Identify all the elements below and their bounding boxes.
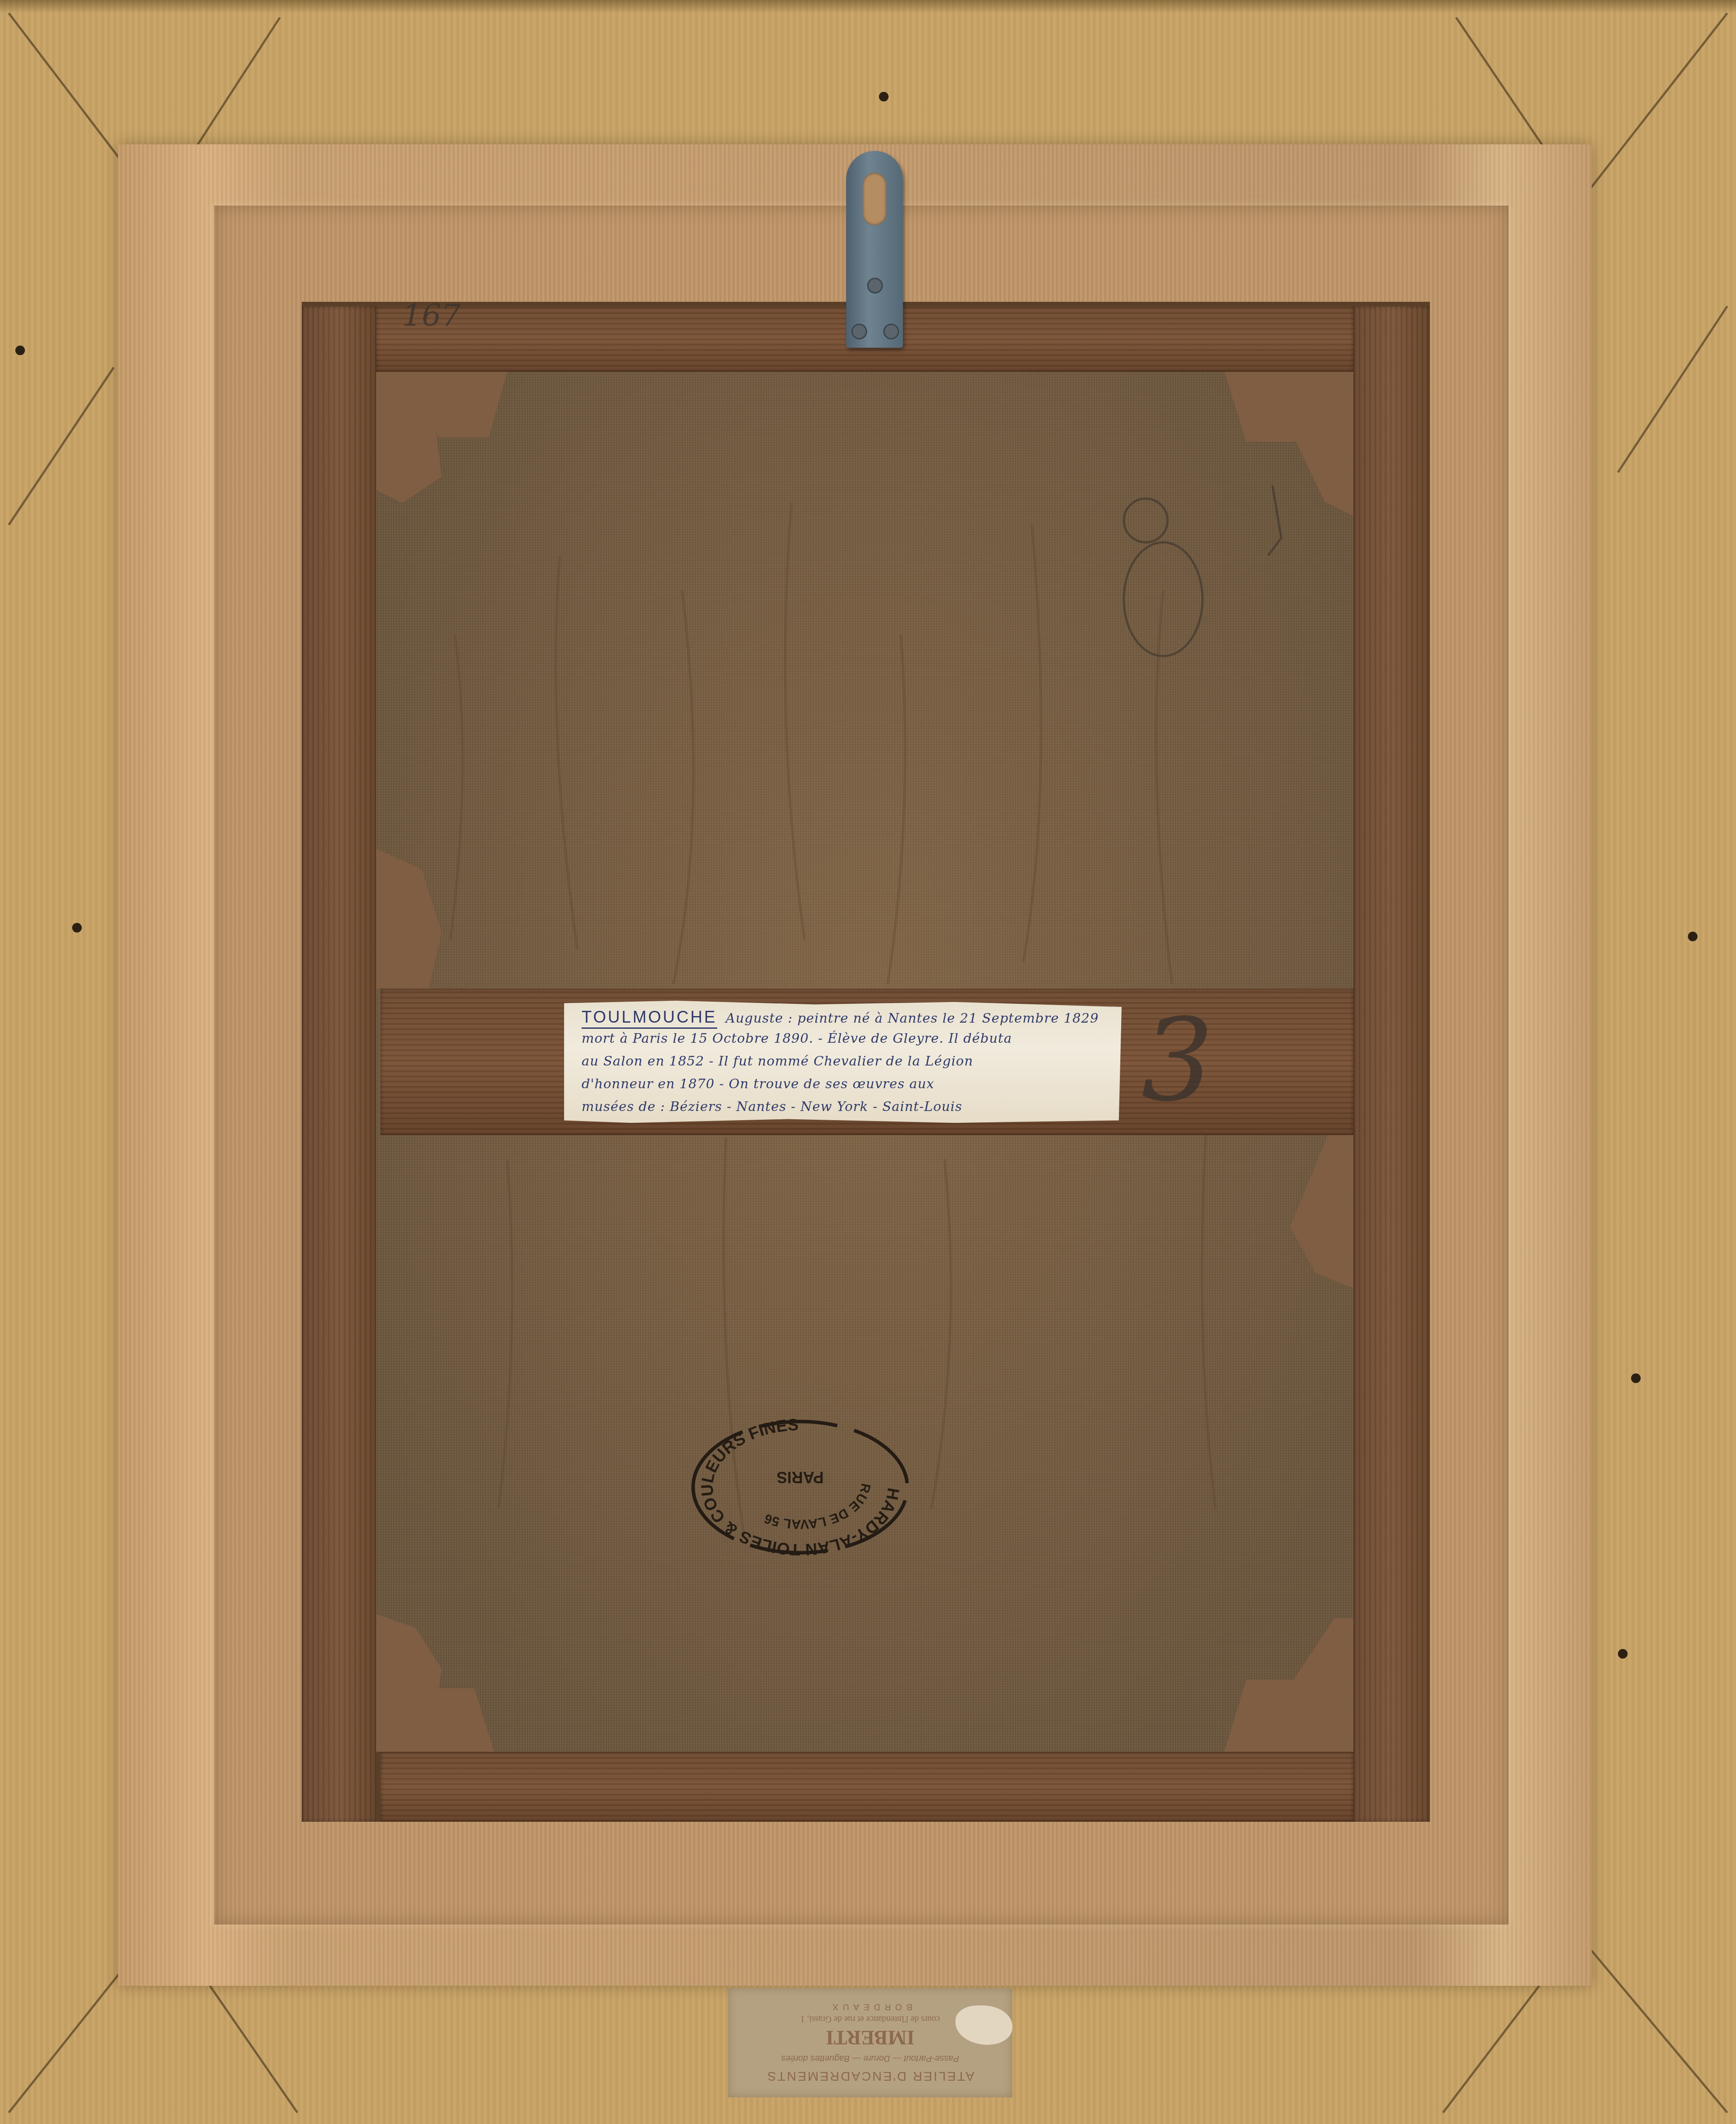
- screw-icon: [867, 278, 883, 293]
- stamp-oval-icon: HARDY-ALAN TOILES & COULEURS FINES RUE D…: [687, 1415, 914, 1559]
- artist-name: TOULMOUCHE: [582, 1008, 717, 1029]
- hanging-bracket: [846, 151, 903, 348]
- nail-hole: [1618, 1649, 1628, 1659]
- colourman-ink-stamp: HARDY-ALAN TOILES & COULEURS FINES RUE D…: [687, 1415, 914, 1559]
- label-line-3: au Salon en 1852 - Il fut nommé Chevalie…: [582, 1054, 973, 1069]
- stretcher-bottom-bar: [380, 1752, 1353, 1822]
- framer-label: ATELIER D'ENCADREMENTS Passe-Partout — D…: [728, 1988, 1012, 2097]
- nail-hole: [72, 923, 82, 933]
- screw-icon: [883, 324, 899, 339]
- svg-text:RUE DE LAVAL 56: RUE DE LAVAL 56: [763, 1482, 873, 1532]
- nail-hole: [1631, 1373, 1641, 1383]
- label-line-4: d'honneur en 1870 - On trouve de ses œuv…: [582, 1076, 934, 1092]
- stretcher-left-bar: [302, 306, 376, 1822]
- nail-hole: [879, 92, 889, 101]
- handwritten-artist-label: TOULMOUCHEAuguste : peintre né à Nantes …: [564, 999, 1122, 1124]
- framer-label-line-1: ATELIER D'ENCADREMENTS: [728, 2068, 1012, 2083]
- framer-label-line-2: Passe-Partout — Dorure — Baguettes dorée…: [728, 2053, 1012, 2063]
- hanger-slot: [863, 173, 886, 225]
- stretcher-right-bar: [1353, 306, 1430, 1822]
- nail-hole: [1688, 932, 1698, 941]
- screw-icon: [851, 324, 867, 339]
- label-line-1: Auguste : peintre né à Nantes le 21 Sept…: [726, 1011, 1099, 1026]
- label-line-2: mort à Paris le 15 Octobre 1890. - Élève…: [582, 1031, 1012, 1046]
- stamp-middle-text: RUE DE LAVAL 56: [763, 1482, 873, 1532]
- label-line-5: musées de : Béziers - Nantes - New York …: [582, 1099, 962, 1114]
- pencil-scrawl-g: [1124, 486, 1281, 656]
- stamp-center-text: PARIS: [777, 1468, 823, 1486]
- nail-hole: [15, 346, 25, 355]
- pencil-mark: 167: [402, 297, 461, 333]
- pencil-number-3: 3: [1141, 995, 1213, 1126]
